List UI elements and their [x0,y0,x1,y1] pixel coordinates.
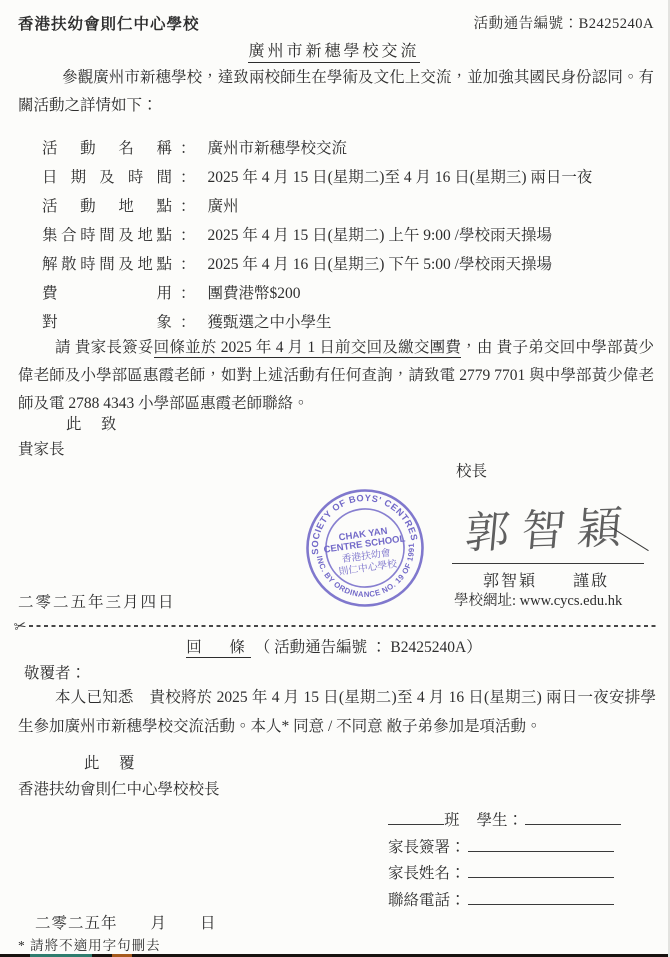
class-label: 班 [444,808,460,835]
detail-value: 廣州市新穗學校交流 [208,134,348,163]
form-row-parent-name: 家長姓名： [388,861,650,888]
detail-label: 對象 [42,308,172,337]
student-label: 學生： [477,808,524,835]
reply-slip-title-row: 回 條（ 活動通告編號 ： B2425240A） [0,635,668,657]
reply-slip-title: 回 條 [186,639,251,658]
detail-label: 集合時間及地點 [42,221,172,250]
intro-paragraph: 參觀廣州市新穗學校，達致兩校師生在學術及文化上交流，並加強其國民身份認同。有關活… [18,64,654,120]
reply-form: 班 學生： 家長簽署： 家長姓名： 聯絡電話： [388,808,650,914]
detail-value: 團費港幣$200 [208,279,301,308]
footnote: * 請將不適用字句刪去 [18,934,161,954]
detail-label: 費用 [42,279,172,308]
salutation: 此 致 [66,412,119,434]
school-website: 學校網址: www.cycs.edu.hk [454,589,622,610]
detail-row-location: 活動地點： 廣州 [42,192,652,221]
detail-label: 活動地點 [42,192,172,221]
detail-row-activity-name: 活動名稱： 廣州市新穗學校交流 [42,134,652,163]
issue-date: 二零二五年三月四日 [18,590,176,612]
parent-name-label: 家長姓名： [388,861,466,888]
notice-number: 活動通告編號：B2425240A [474,12,654,33]
header: 香港扶幼會則仁中心學校 活動通告編號：B2425240A [18,12,654,34]
detail-row-assembly: 集合時間及地點： 2025 年 4 月 15 日(星期二) 上午 9:00 /學… [42,221,652,250]
detail-value: 2025 年 4 月 15 日(星期二) 上午 9:00 /學校雨天操場 [208,221,552,250]
sign-instruction-paragraph: 請 貴家長簽妥回條並於 2025 年 4 月 1 日前交回及繳交團費，由 貴子弟… [18,334,654,418]
student-name-blank [525,810,621,825]
reply-opening: 敬覆者： [24,661,86,683]
detail-row-target: 對象： 獲甄選之中小學生 [42,308,652,337]
detail-row-fee: 費用： 團費港幣$200 [42,279,652,308]
dashed-line [29,625,658,627]
scissors-icon: ✂ [12,616,28,636]
stamp-svg: SOCIETY OF BOYS' CENTRES INC. BY ORDINAN… [296,479,434,617]
reply-closing: 此 覆 [84,751,137,773]
activity-details: 活動名稱： 廣州市新穗學校交流 日期及時間： 2025 年 4 月 15 日(星… [42,134,652,337]
title-row: 廣州市新穗學校交流 [0,38,668,63]
detail-label: 活動名稱 [42,134,172,163]
principal-name: 郭智穎 謹啟 [483,568,609,591]
document-title: 廣州市新穗學校交流 [248,38,419,63]
detail-row-dismissal: 解散時間及地點： 2025 年 4 月 16 日(星期三) 下午 5:00 /學… [42,250,652,279]
reply-addressee: 香港扶幼會則仁中心學校校長 [18,777,220,799]
parent-name-blank [468,863,614,878]
detail-row-date-time: 日期及時間： 2025 年 4 月 15 日(星期二)至 4 月 16 日(星期… [42,163,652,192]
detail-label: 日期及時間 [42,163,172,192]
document-page: 香港扶幼會則仁中心學校 活動通告編號：B2425240A 廣州市新穗學校交流 參… [0,0,670,957]
phone-blank [468,890,614,905]
addressee-parent: 貴家長 [18,437,65,459]
reply-slip-notice-number: （ 活動通告編號 ： B2425240A） [255,639,482,656]
phone-label: 聯絡電話： [388,888,466,915]
reply-date-line: 二零二五年 月 日 [35,911,217,933]
detail-label: 解散時間及地點 [42,250,172,279]
detail-value: 2025 年 4 月 16 日(星期三) 下午 5:00 /學校雨天操場 [208,250,552,279]
parent-signature-label: 家長簽署： [388,835,466,862]
detail-value: 2025 年 4 月 15 日(星期二)至 4 月 16 日(星期三) 兩日一夜 [208,163,593,192]
cut-line: ✂ [14,618,658,634]
reply-body-paragraph: 本人已知悉 貴校將於 2025 年 4 月 15 日(星期二)至 4 月 16 … [18,683,656,741]
class-blank [388,810,444,825]
detail-value: 廣州 [208,192,239,221]
detail-value: 獲甄選之中小學生 [208,308,332,337]
form-row-phone: 聯絡電話： [388,888,650,915]
parent-signature-blank [468,837,614,852]
school-stamp: SOCIETY OF BOYS' CENTRES INC. BY ORDINAN… [296,479,434,617]
principal-signature: 郭智穎 [463,491,649,561]
form-row-student: 班 學生： [388,808,650,835]
principal-title: 校長 [456,459,487,481]
signature-line [452,563,644,564]
underlined-deadline: 回條並於 2025 年 4 月 1 日前交回及繳交團費 [154,339,461,358]
school-name: 香港扶幼會則仁中心學校 [18,12,200,34]
form-row-parent-signature: 家長簽署： [388,835,650,862]
